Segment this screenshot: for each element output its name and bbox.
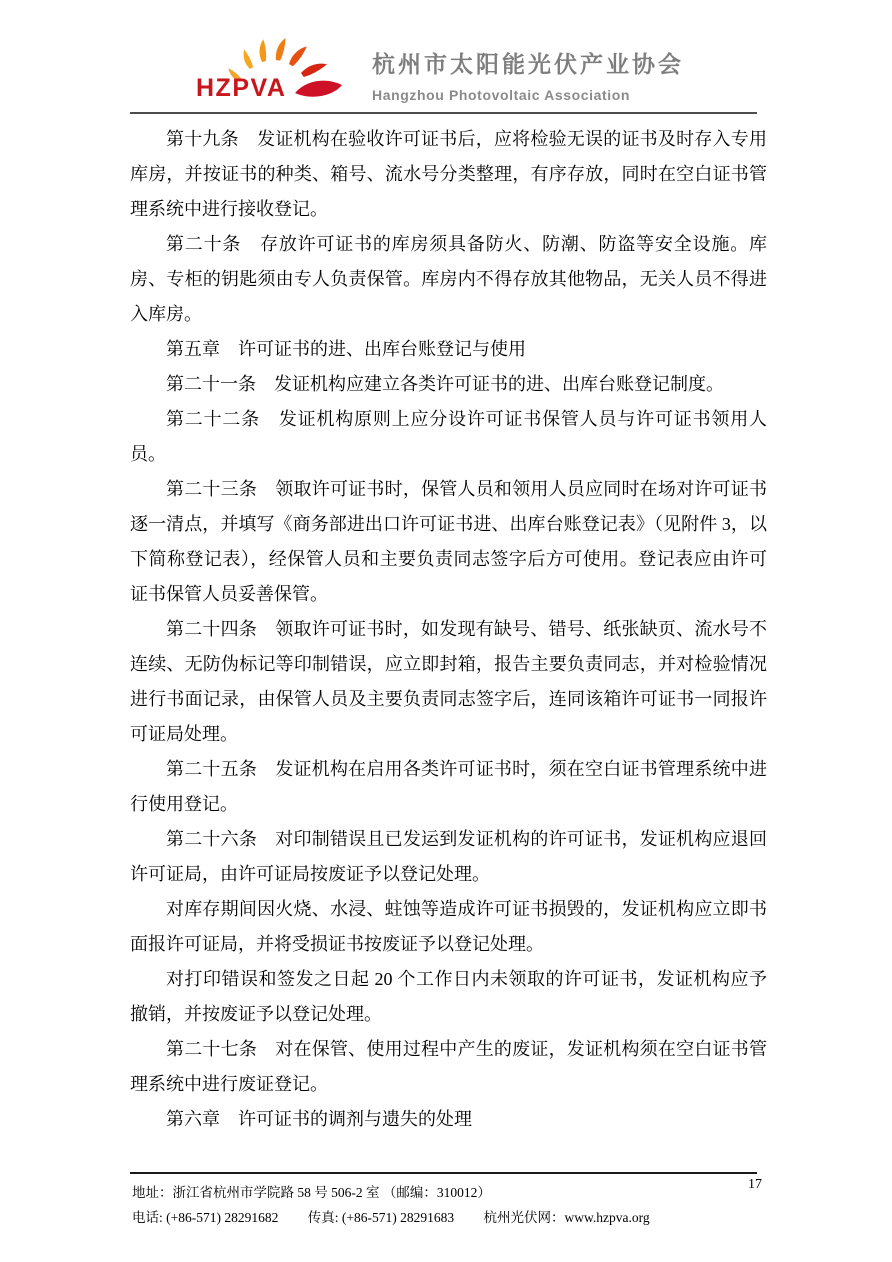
document-page: HZPVA 杭州市太阳能光伏产业协会 Hangzhou Photovoltaic…: [0, 0, 892, 1262]
paragraph: 第六章 许可证书的调剂与遗失的处理: [130, 1102, 767, 1137]
paragraph: 第十九条 发证机构在验收许可证书后，应将检验无误的证书及时存入专用库房，并按证书…: [130, 122, 767, 227]
footer-phone: 电话: (+86-571) 28291682: [132, 1210, 278, 1225]
paragraph: 第二十三条 领取许可证书时，保管人员和领用人员应同时在场对许可证书逐一清点，并填…: [130, 472, 767, 612]
paragraph: 第二十一条 发证机构应建立各类许可证书的进、出库台账登记制度。: [130, 367, 767, 402]
page-number: 17: [748, 1177, 762, 1193]
paragraph: 第二十七条 对在保管、使用过程中产生的废证，发证机构须在空白证书管理系统中进行废…: [130, 1032, 767, 1102]
footer-divider: [130, 1172, 757, 1174]
association-title-cn: 杭州市太阳能光伏产业协会: [372, 46, 702, 79]
paragraph: 第五章 许可证书的进、出库台账登记与使用: [130, 332, 767, 367]
footer-fax: 传真: (+86-571) 28291683: [308, 1210, 454, 1225]
association-titles: 杭州市太阳能光伏产业协会 Hangzhou Photovoltaic Assoc…: [372, 46, 702, 103]
paragraph: 第二十四条 领取许可证书时，如发现有缺号、错号、纸张缺页、流水号不连续、无防伪标…: [130, 612, 767, 752]
paragraph: 第二十二条 发证机构原则上应分设许可证书保管人员与许可证书领用人员。: [130, 402, 767, 472]
footer-address: 地址：浙江省杭州市学院路 58 号 506-2 室 （邮编：310012）: [132, 1180, 772, 1205]
paragraph: 对打印错误和签发之日起 20 个工作日内未领取的许可证书，发证机构应予撤销，并按…: [130, 962, 767, 1032]
footer-contacts: 电话: (+86-571) 28291682 传真: (+86-571) 282…: [132, 1205, 772, 1230]
footer-website: 杭州光伏网：www.hzpva.org: [483, 1210, 649, 1225]
logo-wordmark: HZPVA: [196, 74, 286, 102]
footer: 地址：浙江省杭州市学院路 58 号 506-2 室 （邮编：310012） 电话…: [132, 1180, 772, 1230]
header-divider: [130, 112, 757, 114]
document-body: 第十九条 发证机构在验收许可证书后，应将检验无误的证书及时存入专用库房，并按证书…: [130, 122, 767, 1137]
paragraph: 第二十六条 对印制错误且已发运到发证机构的许可证书，发证机构应退回许可证局，由许…: [130, 822, 767, 892]
association-title-en: Hangzhou Photovoltaic Association: [372, 87, 702, 103]
hzpva-sun-icon: HZPVA: [194, 30, 350, 106]
paragraph: 第二十五条 发证机构在启用各类许可证书时，须在空白证书管理系统中进行使用登记。: [130, 752, 767, 822]
paragraph: 对库存期间因火烧、水浸、蛀蚀等造成许可证书损毁的，发证机构应立即书面报许可证局，…: [130, 892, 767, 962]
hzpva-logo: HZPVA: [194, 30, 350, 106]
paragraph: 第二十条 存放许可证书的库房须具备防火、防潮、防盗等安全设施。库房、专柜的钥匙须…: [130, 227, 767, 332]
